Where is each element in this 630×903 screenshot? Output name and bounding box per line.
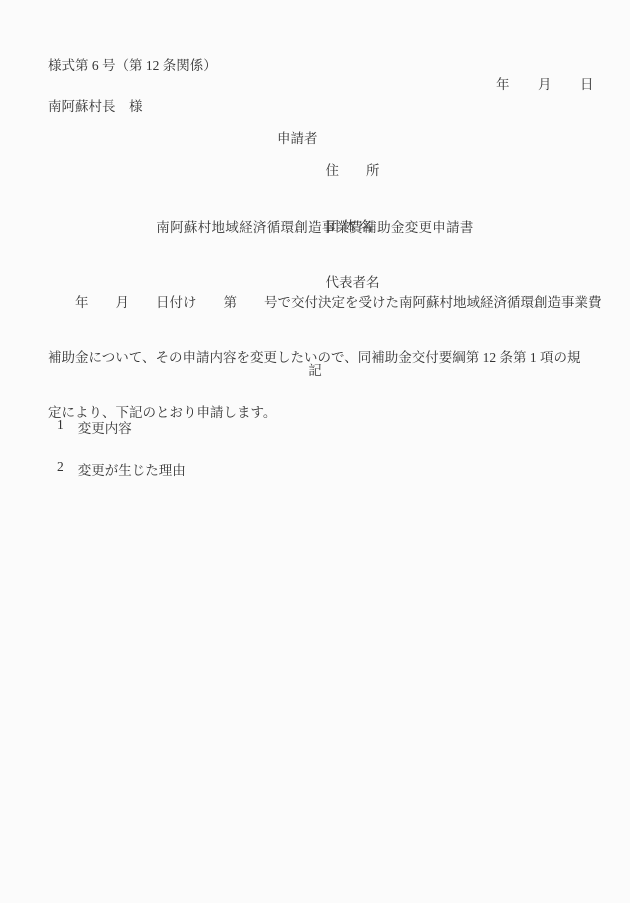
item-label: 変更内容 [78,417,132,437]
date-line: 年 月 日 [496,73,594,93]
list-item: 1 変更内容 [57,417,132,437]
applicant-label: 申請者 [277,127,318,151]
document-page: 様式第 6 号（第 12 条関係） 年 月 日 南阿蘇村長 様 申請者 住 所 … [0,0,630,903]
applicant-address-row: 住 所 [326,159,380,183]
document-title: 南阿蘇村地域経済循環創造事業費補助金変更申請書 [0,216,630,236]
form-number: 様式第 6 号（第 12 条関係） [48,54,217,74]
ki-marker: 記 [0,359,630,379]
list-item: 2 変更が生じた理由 [57,459,186,479]
item-label: 変更が生じた理由 [78,459,186,479]
body-line: 年 月 日付け 第 号で交付決定を受けた南阿蘇村地域経済循環創造事業費 [48,291,602,314]
addressee: 南阿蘇村長 様 [48,95,143,115]
item-number: 1 [57,417,64,437]
item-number: 2 [57,459,64,479]
